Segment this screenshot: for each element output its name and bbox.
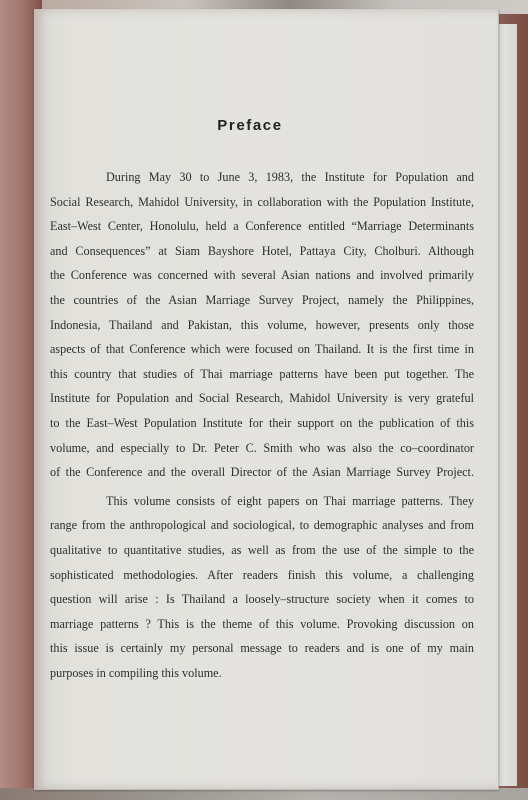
- text-line: qualitative to quantitative studies, as …: [50, 538, 474, 563]
- text-line: question will arise : Is Thailand a loos…: [50, 587, 474, 612]
- text-line: Social Research, Mahidol University, in …: [50, 190, 474, 215]
- text-line: Institute for Population and Social Rese…: [50, 386, 474, 411]
- text-line: volume, and especially to Dr. Peter C. S…: [50, 436, 474, 461]
- text-line: range from the anthropological and socio…: [50, 513, 474, 538]
- preface-body: During May 30 to June 3, 1983, the Insti…: [50, 165, 474, 685]
- text-line: this issue is certainly my personal mess…: [50, 636, 474, 661]
- page-title: Preface: [34, 117, 466, 134]
- paragraph-2: This volume consists of eight papers on …: [50, 489, 474, 686]
- text-line: Indonesia, Thailand and Pakistan, this v…: [50, 313, 474, 338]
- text-line: this country that studies of Thai marria…: [50, 362, 474, 387]
- paragraph-1: During May 30 to June 3, 1983, the Insti…: [50, 165, 474, 485]
- text-line: East–West Center, Honolulu, held a Confe…: [50, 214, 474, 239]
- text-line: purposes in compiling this volume.: [50, 661, 474, 686]
- text-line: the Conference was concerned with severa…: [50, 263, 474, 288]
- text-line: This volume consists of eight papers on …: [50, 489, 474, 514]
- text-line: During May 30 to June 3, 1983, the Insti…: [50, 165, 474, 190]
- text-line: the countries of the Asian Marriage Surv…: [50, 288, 474, 313]
- text-line: sophisticated methodologies. After reade…: [50, 563, 474, 588]
- text-line: marriage patterns ? This is the theme of…: [50, 612, 474, 637]
- document-page: Preface During May 30 to June 3, 1983, t…: [34, 9, 499, 790]
- text-line: aspects of that Conference which were fo…: [50, 337, 474, 362]
- text-line: of the Conference and the overall Direct…: [50, 460, 474, 485]
- page-stack-edge: [496, 24, 517, 786]
- text-line: to the East–West Population Institute fo…: [50, 411, 474, 436]
- text-line: and Consequences” at Siam Bayshore Hotel…: [50, 239, 474, 264]
